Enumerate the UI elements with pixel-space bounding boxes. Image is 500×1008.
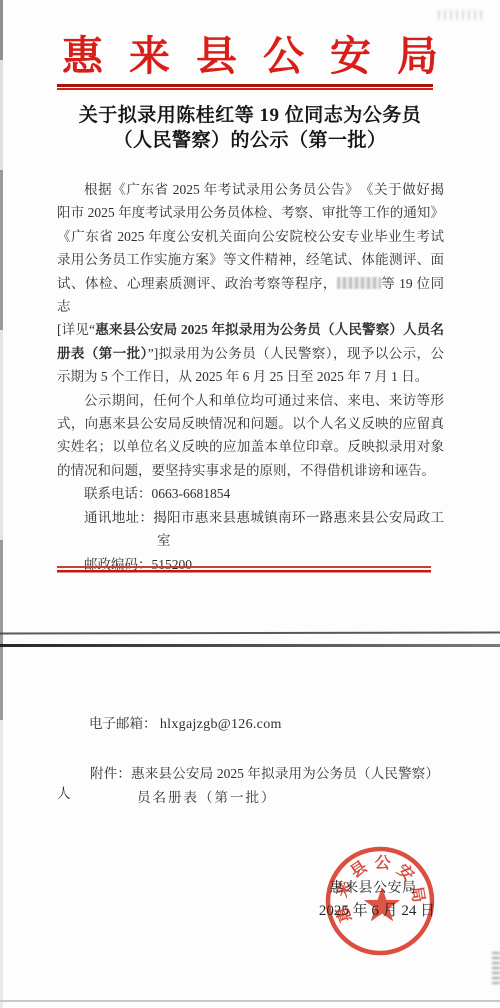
body-line: 的情况和问题，要坚持实事求是的原则，不得借机诽谤和诬告。	[57, 459, 444, 482]
scanned-document: { "document": { "header_title": "惠来县公安局"…	[0, 0, 500, 1008]
body-text: 根据《广东省 2025 年考试录用公务员公告》 《关于做好揭阳市 2025 年度…	[57, 178, 444, 576]
body-segment: 联系电话：0663-6681854	[84, 486, 230, 501]
redacted-name	[337, 277, 381, 289]
body-line: 式，向惠来县公安局反映情况和问题。以个人名义反映的应留真	[57, 412, 444, 435]
body-segment: [详见“	[57, 322, 95, 337]
body-segment: 册表（第一批）	[57, 346, 148, 361]
scan-smudge-top-right	[438, 10, 486, 20]
page2-top-edge	[0, 644, 500, 647]
signature-agency-name: 惠来县公安局	[308, 877, 438, 897]
document-title: 关于拟录用陈桂红等 19 位同志为公务员 （人民警察）的公示（第一批）	[0, 104, 500, 153]
body-line: 册表（第一批）”]拟录用为公务员（人民警察），现予以公示，公	[57, 342, 444, 365]
body-line: 联系电话：0663-6681854	[57, 482, 444, 505]
email-line: 电子邮箱： hlxgajzgb@126.com	[57, 712, 444, 733]
body-segment: 示期为 5 个工作日，从 2025 年 6 月 25 日至 2025 年 7 月…	[57, 369, 428, 384]
body-segment: 室	[157, 533, 171, 548]
page1-bottom-edge	[0, 631, 500, 634]
document-title-line2: （人民警察）的公示（第一批）	[0, 129, 500, 154]
body-segment: 惠来县公安局 2025 年拟录用为公务员（人民警察）人员名	[95, 322, 444, 337]
body-line: 《广东省 2025 年度公安机关面向公安院校公安专业毕业生考试	[57, 225, 444, 248]
body-line: 根据《广东省 2025 年考试录用公务员公告》 《关于做好揭	[57, 178, 444, 201]
letterhead-double-rule	[57, 84, 433, 91]
footer-double-rule	[57, 566, 431, 573]
attachment-line2: 员名册表（第一批）	[57, 786, 439, 806]
body-segment: 实姓名；以单位名义反映的应加盖本单位印章。反映拟录用对象	[57, 439, 444, 454]
body-line: 示期为 5 个工作日，从 2025 年 6 月 25 日至 2025 年 7 月…	[57, 365, 444, 388]
body-line: 实姓名；以单位名义反映的应加盖本单位印章。反映拟录用对象	[57, 435, 444, 458]
body-segment: 《广东省 2025 年度公安机关面向公安院校公安专业毕业生考试	[57, 229, 444, 244]
body-line: 阳市 2025 年度考试录用公务员体检、考察、审批等工作的通知》	[57, 201, 444, 224]
body-segment: 的情况和问题，要坚持实事求是的原则，不得借机诽谤和诬告。	[57, 463, 435, 478]
body-line: [详见“惠来县公安局 2025 年拟录用为公务员（人民警察）人员名	[57, 318, 444, 341]
body-segment: ”]拟录用为公务员（人民警察），现予以公示，公	[148, 346, 444, 361]
signature-date: 2025 年 6 月 24 日	[302, 899, 452, 920]
agency-letterhead-title: 惠来县公安局	[0, 23, 500, 82]
document-title-line1: 关于拟录用陈桂红等 19 位同志为公务员	[0, 104, 500, 129]
body-line: 录用公务员工作实施方案》等文件精神，经笔试、体能测评、面	[57, 248, 444, 271]
body-line: 公示期间，任何个人和单位均可通过来信、来电、来访等形	[57, 389, 444, 412]
seal-ring-char: 公	[374, 854, 392, 873]
body-segment: 阳市 2025 年度考试录用公务员体检、考察、审批等工作的通知》	[57, 205, 444, 220]
body-segment: 式，向惠来县公安局反映情况和问题。以个人名义反映的应留真	[57, 416, 444, 431]
body-segment: 公示期间，任何个人和单位均可通过来信、来电、来访等形	[84, 393, 444, 408]
scan-smudge-bottom-right	[492, 950, 500, 984]
page2-bottom-edge	[0, 1000, 500, 1002]
body-line: 试、体检、心理素质测评、政治考察等程序，等 19 位同志	[57, 272, 444, 319]
email-value: hlxgajzgb@126.com	[160, 717, 282, 732]
body-line: 室	[57, 529, 500, 552]
body-segment: 根据《广东省 2025 年考试录用公务员公告》 《关于做好揭	[84, 182, 444, 197]
email-label: 电子邮箱：	[89, 716, 157, 731]
body-segment: 通讯地址：揭阳市惠来县惠城镇南环一路惠来县公安局政工	[84, 510, 444, 525]
body-segment: 试、体检、心理素质测评、政治考察等程序，	[57, 276, 337, 291]
body-segment: 录用公务员工作实施方案》等文件精神，经笔试、体能测评、面	[57, 252, 444, 267]
body-line: 通讯地址：揭阳市惠来县惠城镇南环一路惠来县公安局政工	[57, 506, 444, 529]
